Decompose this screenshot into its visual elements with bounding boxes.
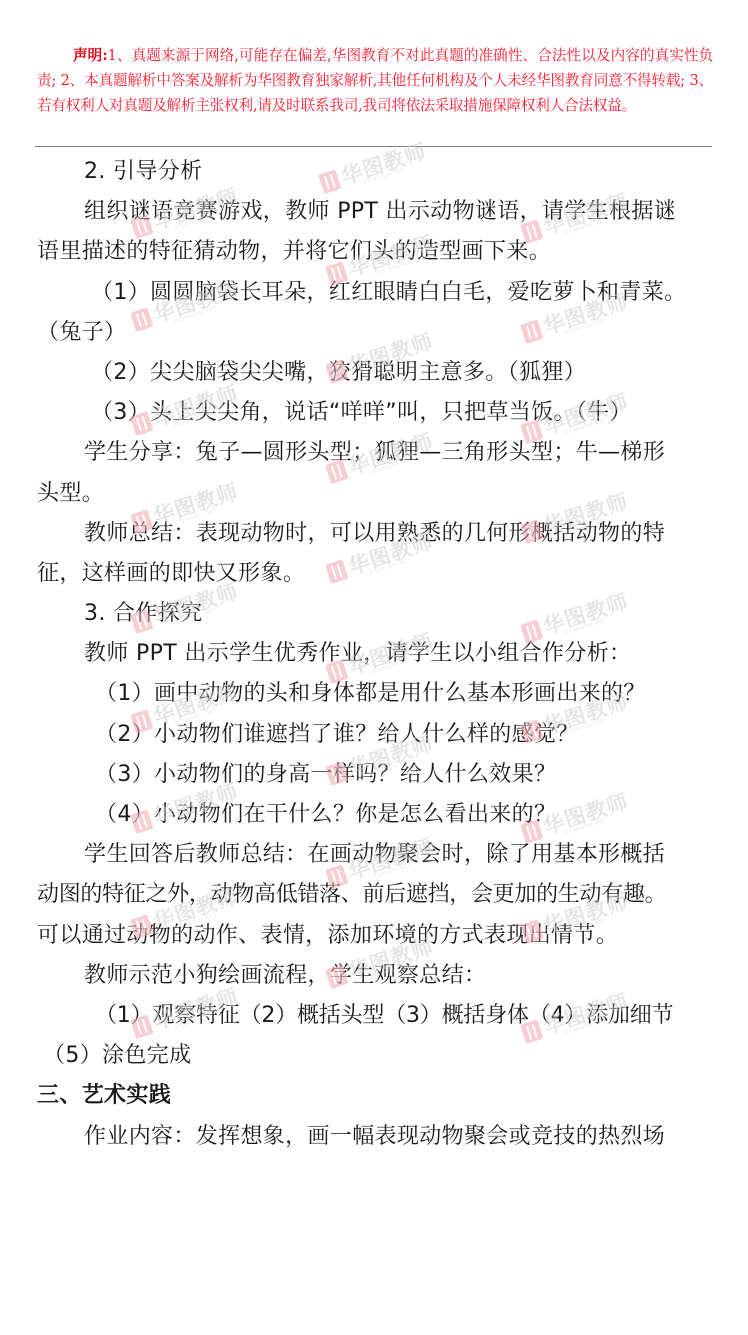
question-2: （2）小动物们谁遮挡了谁？给人什么样的感觉？ <box>37 715 713 755</box>
section-title-art-practice: 三、艺术实践 <box>37 1076 713 1116</box>
header-divider <box>35 146 712 147</box>
riddle-1-line1: （1）圆圆脑袋长耳朵，红红眼睛白白毛，爱吃萝卜和青菜。 <box>37 273 713 313</box>
homework-content: 作业内容：发挥想象，画一幅表现动物聚会或竞技的热烈场 <box>37 1117 713 1157</box>
student-share-line1: 学生分享：兔子—圆形头型；狐狸—三角形头型；牛—梯形 <box>37 433 713 473</box>
disclaimer-label: 声明: <box>73 47 108 64</box>
teacher-summary-line2: 征，这样画的即快又形象。 <box>37 554 713 594</box>
teacher-demo: 教师示范小狗绘画流程，学生观察总结： <box>37 956 713 996</box>
answer-summary-line1: 学生回答后教师总结：在画动物聚会时，除了用基本形概括 <box>37 835 713 875</box>
answer-summary-line2: 动图的特征之外，动物高低错落、前后遮挡，会更加的生动有趣。 <box>37 875 713 915</box>
section-heading-guided-analysis: 2. 引导分析 <box>37 152 713 192</box>
document-body: 2. 引导分析 组织谜语竞赛游戏，教师 PPT 出示动物谜语，请学生根据谜 语里… <box>37 152 713 1157</box>
question-3: （3）小动物们的身高一样吗？给人什么效果？ <box>37 755 713 795</box>
riddle-1-line2: （兔子） <box>37 313 713 353</box>
disclaimer-notice: 声明:1、真题来源于网络,可能存在偏差,华图教育不对此真题的准确性、合法性以及内… <box>37 44 713 118</box>
drawing-steps-line1: （1）观察特征（2）概括头型（3）概括身体（4）添加细节 <box>37 996 713 1036</box>
teacher-summary-line1: 教师总结：表现动物时，可以用熟悉的几何形概括动物的特 <box>37 514 713 554</box>
paragraph-riddle-game-line2: 语里描述的特征猜动物，并将它们头的造型画下来。 <box>37 232 713 272</box>
section-heading-cooperative-inquiry: 3. 合作探究 <box>37 594 713 634</box>
riddle-3: （3）头上尖尖角，说话“咩咩”叫，只把草当饭。（牛） <box>37 393 713 433</box>
paragraph-riddle-game-line1: 组织谜语竞赛游戏，教师 PPT 出示动物谜语，请学生根据谜 <box>37 192 713 232</box>
student-share-line2: 头型。 <box>37 474 713 514</box>
question-4: （4）小动物们在干什么？你是怎么看出来的？ <box>37 795 713 835</box>
question-1: （1）画中动物的头和身体都是用什么基本形画出来的？ <box>37 674 713 714</box>
riddle-2: （2）尖尖脑袋尖尖嘴，狡猾聪明主意多。（狐狸） <box>37 353 713 393</box>
disclaimer-text: 1、真题来源于网络,可能存在偏差,华图教育不对此真题的准确性、合法性以及内容的真… <box>37 47 713 114</box>
cooperative-intro: 教师 PPT 出示学生优秀作业，请学生以小组合作分析： <box>37 634 713 674</box>
answer-summary-line3: 可以通过动物的动作、表情，添加环境的方式表现出情节。 <box>37 916 713 956</box>
drawing-steps-line2: （5）涂色完成 <box>37 1036 713 1076</box>
